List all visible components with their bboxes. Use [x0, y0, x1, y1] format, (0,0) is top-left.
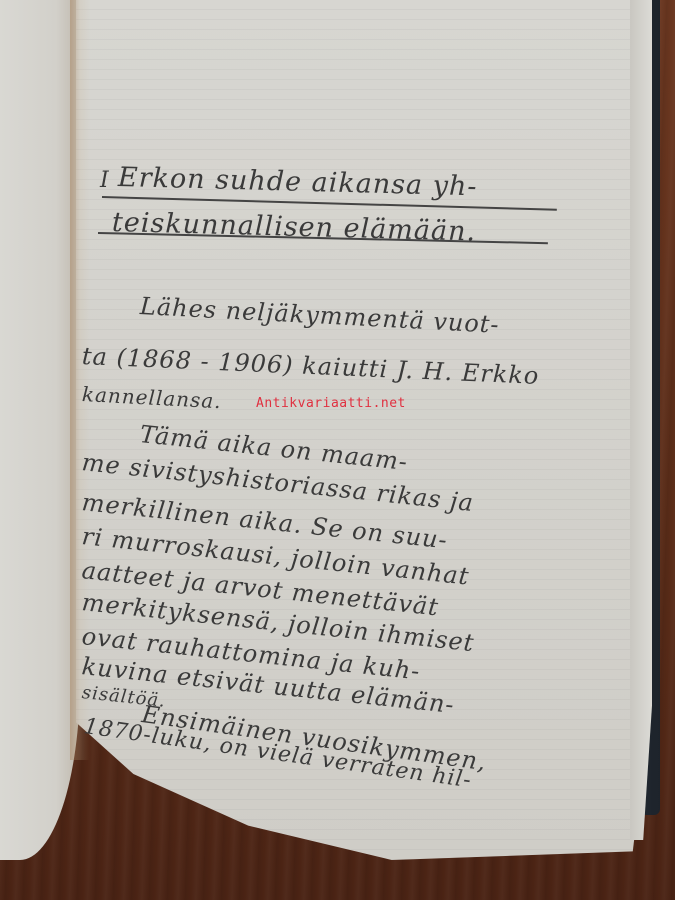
page-edge-stack	[630, 0, 652, 840]
left-page	[0, 0, 80, 860]
watermark: Antikvariaatti.net	[256, 396, 406, 411]
chapter-mark: I	[100, 168, 110, 193]
